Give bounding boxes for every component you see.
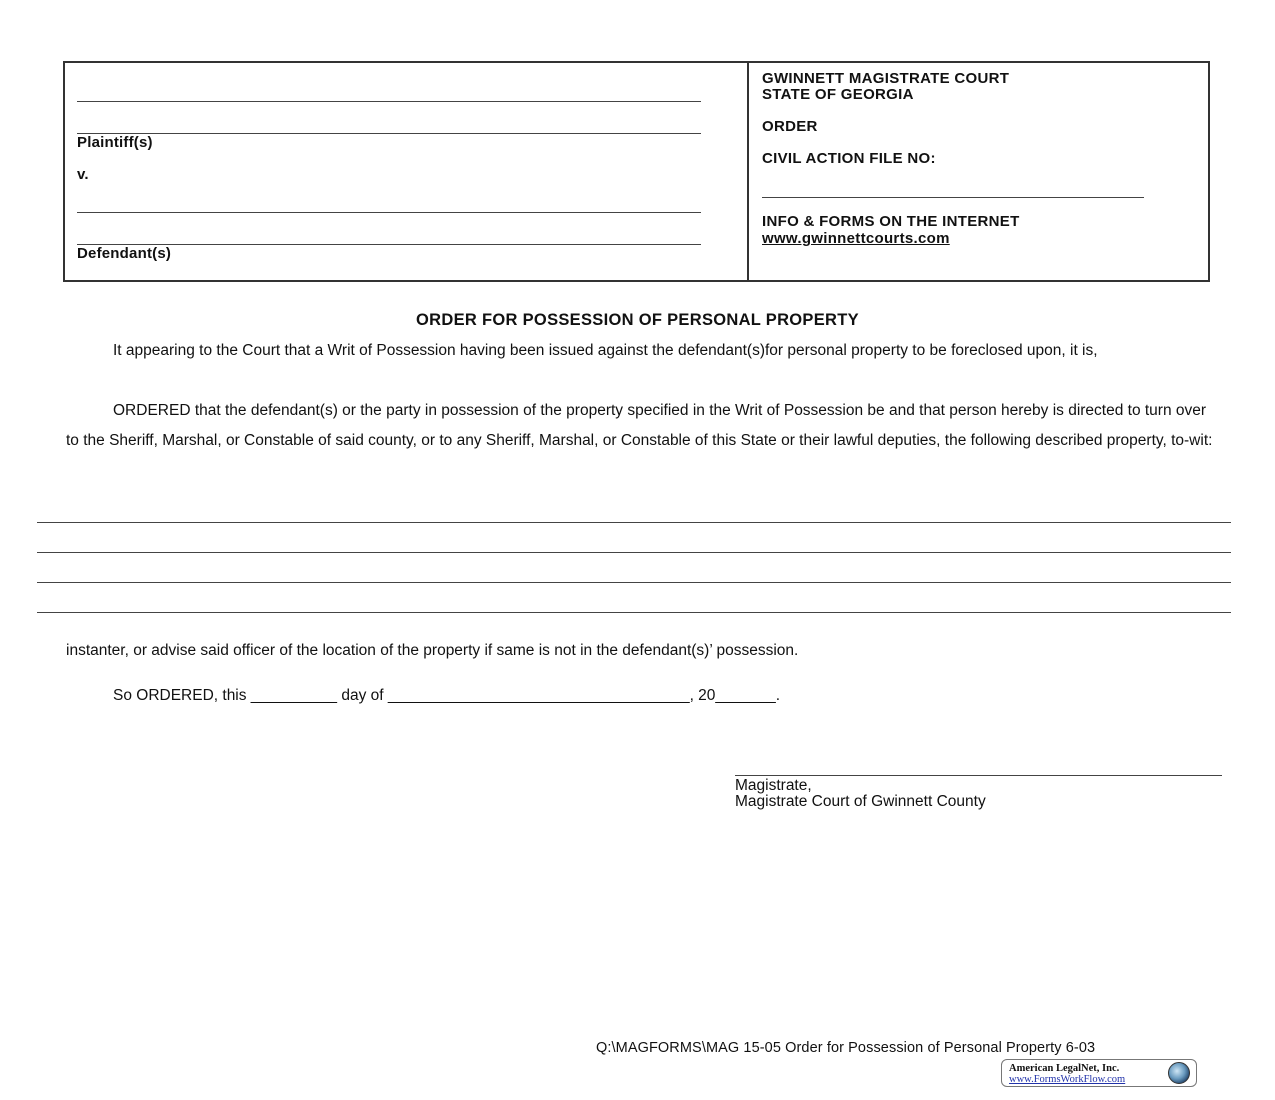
legalnet-badge[interactable]: American LegalNet, Inc. www.FormsWorkFlo… xyxy=(1001,1059,1197,1087)
signature-court: Magistrate Court of Gwinnett County xyxy=(735,794,1222,810)
badge-website-link[interactable]: www.FormsWorkFlow.com xyxy=(1009,1074,1125,1085)
property-line-2[interactable] xyxy=(37,552,1231,553)
court-state: STATE OF GEORGIA xyxy=(762,87,914,103)
so-ordered-line[interactable]: So ORDERED, this __________ day of _____… xyxy=(113,681,1263,711)
civil-action-file-label: CIVIL ACTION FILE NO: xyxy=(762,151,936,167)
property-line-4[interactable] xyxy=(37,612,1231,613)
signature-title: Magistrate, xyxy=(735,778,1222,794)
paragraph-order: ORDERED that the defendant(s) or the par… xyxy=(66,396,1216,456)
case-caption-box xyxy=(63,61,1210,282)
plaintiff-label: Plaintiff(s) xyxy=(77,134,153,151)
court-website-link[interactable]: www.gwinnettcourts.com xyxy=(762,231,950,247)
defendant-label: Defendant(s) xyxy=(77,245,171,262)
plaintiff-line-1[interactable] xyxy=(77,101,701,102)
document-title: ORDER FOR POSSESSION OF PERSONAL PROPERT… xyxy=(0,311,1275,330)
badge-company-name: American LegalNet, Inc. xyxy=(1009,1063,1119,1074)
order-text: ORDERED that the defendant(s) or the par… xyxy=(66,396,1216,456)
form-file-path: Q:\MAGFORMS\MAG 15-05 Order for Possessi… xyxy=(596,1040,1095,1056)
paragraph-recital: It appearing to the Court that a Writ of… xyxy=(66,336,1263,366)
versus-label: v. xyxy=(77,166,89,183)
signature-block[interactable]: Magistrate, Magistrate Court of Gwinnett… xyxy=(735,775,1222,810)
caption-divider xyxy=(747,61,749,282)
instanter-text: instanter, or advise said officer of the… xyxy=(66,636,1216,666)
plaintiff-line-2[interactable] xyxy=(77,133,701,134)
defendant-line-1[interactable] xyxy=(77,212,701,213)
property-line-3[interactable] xyxy=(37,582,1231,583)
globe-icon xyxy=(1168,1062,1190,1084)
document-type: ORDER xyxy=(762,119,818,135)
property-line-1[interactable] xyxy=(37,522,1231,523)
internet-info-label: INFO & FORMS ON THE INTERNET xyxy=(762,214,1020,230)
court-name: GWINNETT MAGISTRATE COURT xyxy=(762,71,1009,87)
recital-text: It appearing to the Court that a Writ of… xyxy=(66,336,1263,366)
civil-action-file-number-line[interactable] xyxy=(762,197,1144,198)
